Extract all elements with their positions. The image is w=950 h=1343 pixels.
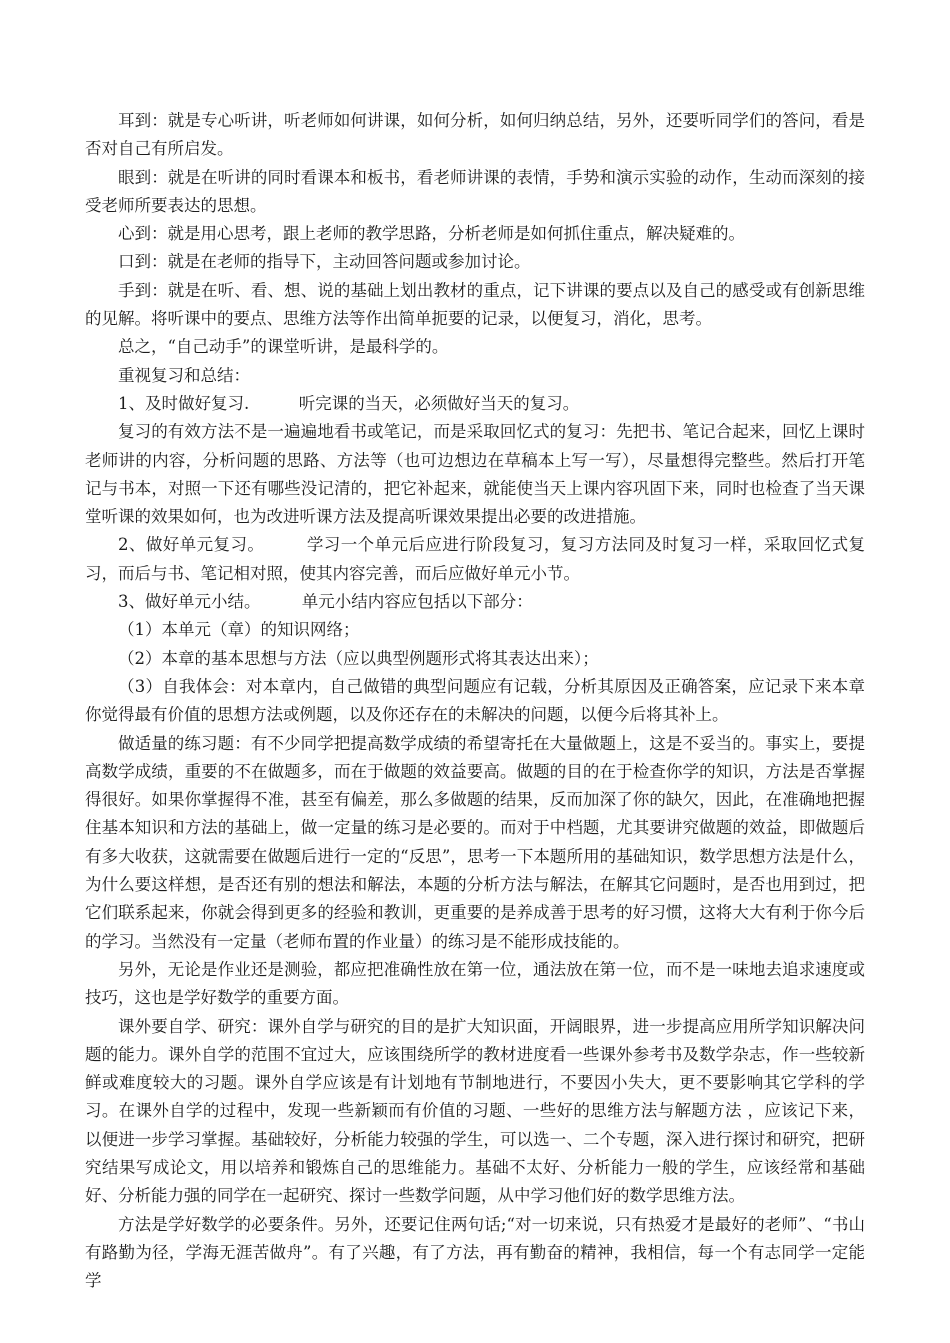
- document-body: 耳到：就是专心听讲，听老师如何讲课，如何分析，如何归纳总结，另外，还要听同学们的…: [85, 107, 865, 1295]
- paragraph-ear: 耳到：就是专心听讲，听老师如何讲课，如何分析，如何归纳总结，另外，还要听同学们的…: [85, 107, 865, 164]
- paragraph-item-2-unit-review: 2、做好单元复习。 学习一个单元后应进行阶段复习，复习方法同及时复习一样，采取回…: [85, 531, 865, 588]
- paragraph-hand: 手到：就是在听、看、想、说的基础上划出教材的重点，记下讲课的要点以及自己的感受或…: [85, 277, 865, 334]
- paragraph-accuracy-first: 另外，无论是作业还是测验，都应把准确性放在第一位，通法放在第一位，而不是一味地去…: [85, 956, 865, 1013]
- paragraph-item-3-unit-summary: 3、做好单元小结。 单元小结内容应包括以下部分：: [85, 588, 865, 616]
- paragraph-subitem-1-knowledge-network: （1）本单元（章）的知识网络；: [85, 616, 865, 644]
- paragraph-practice-problems: 做适量的练习题：有不少同学把提高数学成绩的希望寄托在大量做题上，这是不妥当的。事…: [85, 730, 865, 956]
- paragraph-mouth: 口到：就是在老师的指导下，主动回答问题或参加讨论。: [85, 248, 865, 276]
- paragraph-eye: 眼到：就是在听讲的同时看课本和板书，看老师讲课的表情，手势和演示实验的动作，生动…: [85, 164, 865, 221]
- paragraph-extracurricular-study: 课外要自学、研究：课外自学与研究的目的是扩大知识面，开阔眼界，进一步提高应用所学…: [85, 1013, 865, 1211]
- paragraph-summary: 总之，“自己动手”的课堂听讲，是最科学的。: [85, 333, 865, 361]
- paragraph-subitem-3-self-reflection: （3）自我体会：对本章内，自己做错的典型问题应有记载，分析其原因及正确答案，应记…: [85, 673, 865, 730]
- document-page: 耳到：就是专心听讲，听老师如何讲课，如何分析，如何归纳总结，另外，还要听同学们的…: [0, 0, 950, 1343]
- paragraph-mind: 心到：就是用心思考，跟上老师的教学思路，分析老师是如何抓住重点，解决疑难的。: [85, 220, 865, 248]
- paragraph-review-method: 复习的有效方法不是一遍遍地看书或笔记，而是采取回忆式的复习：先把书、笔记合起来，…: [85, 418, 865, 531]
- paragraph-review-heading: 重视复习和总结：: [85, 362, 865, 390]
- paragraph-subitem-2-basic-ideas: （2）本章的基本思想与方法（应以典型例题形式将其表达出来）；: [85, 645, 865, 673]
- paragraph-item-1-timely-review: 1、及时做好复习. 听完课的当天，必须做好当天的复习。: [85, 390, 865, 418]
- paragraph-closing-quotes: 方法是学好数学的必要条件。另外，还要记住两句话;“对一切来说，只有热爱才是最好的…: [85, 1211, 865, 1296]
